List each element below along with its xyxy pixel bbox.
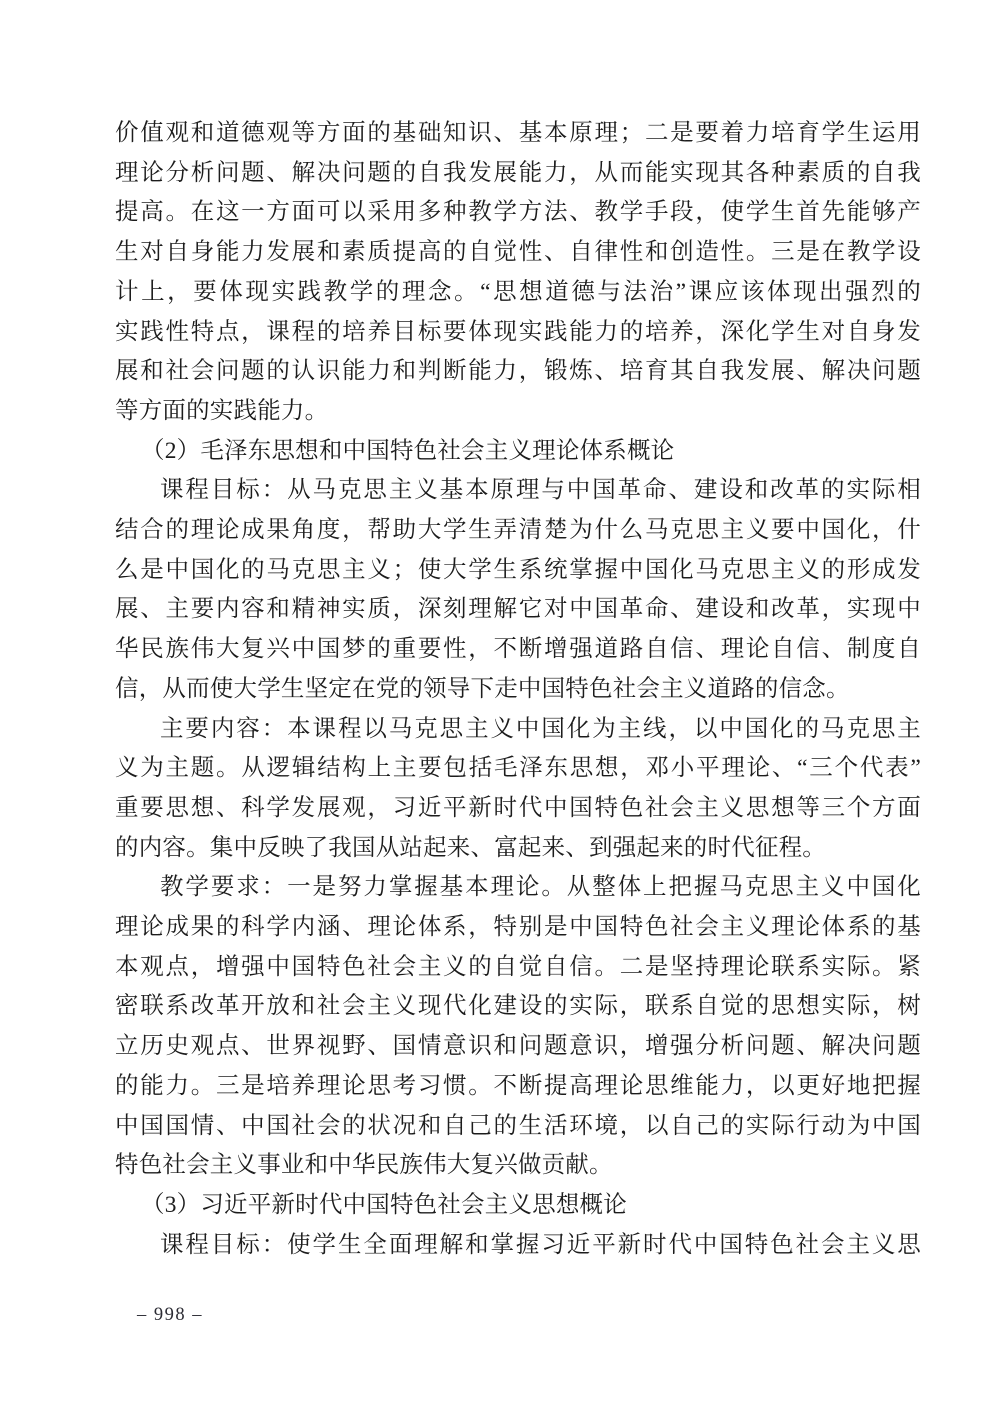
text-line: 立历史观点、世界视野、国情意识和问题意识，增强分析问题、解决问题 xyxy=(115,1027,921,1067)
text-line: 教学要求：一是努力掌握基本理论。从整体上把握马克思主义中国化 xyxy=(115,868,921,908)
text-line: 重要思想、科学发展观，习近平新时代中国特色社会主义思想等三个方面 xyxy=(115,789,921,829)
paragraph: （3）习近平新时代中国特色社会主义思想概论 xyxy=(115,1186,921,1226)
paragraph: 课程目标：使学生全面理解和掌握习近平新时代中国特色社会主义思 xyxy=(115,1226,921,1266)
text-line: 展和社会问题的认识能力和判断能力，锻炼、培育其自我发展、解决问题 xyxy=(115,352,921,392)
text-line: 华民族伟大复兴中国梦的重要性，不断增强道路自信、理论自信、制度自 xyxy=(115,630,921,670)
text-line: 展、主要内容和精神实质，深刻理解它对中国革命、建设和改革，实现中 xyxy=(115,590,921,630)
text-line: 理论成果的科学内涵、理论体系，特别是中国特色社会主义理论体系的基 xyxy=(115,908,921,948)
text-line: 计上，要体现实践教学的理念。“思想道德与法治”课应该体现出强烈的 xyxy=(115,273,921,313)
page-number: – 998 – xyxy=(137,1302,203,1328)
text-line: 提高。在这一方面可以采用多种教学方法、教学手段，使学生首先能够产 xyxy=(115,193,921,233)
paragraph: 课程目标：从马克思主义基本原理与中国革命、建设和改革的实际相结合的理论成果角度，… xyxy=(115,471,921,709)
text-line: 中国国情、中国社会的状况和自己的生活环境，以自己的实际行动为中国 xyxy=(115,1107,921,1147)
paragraph: （2）毛泽东思想和中国特色社会主义理论体系概论 xyxy=(115,432,921,472)
text-line: 特色社会主义事业和中华民族伟大复兴做贡献。 xyxy=(115,1146,921,1186)
text-line: 密联系改革开放和社会主义现代化建设的实际，联系自觉的思想实际，树 xyxy=(115,987,921,1027)
text-line: 课程目标：从马克思主义基本原理与中国革命、建设和改革的实际相 xyxy=(115,471,921,511)
text-line: 主要内容：本课程以马克思主义中国化为主线，以中国化的马克思主 xyxy=(115,710,921,750)
text-line: 本观点，增强中国特色社会主义的自觉自信。二是坚持理论联系实际。紧 xyxy=(115,948,921,988)
text-line: 理论分析问题、解决问题的自我发展能力，从而能实现其各种素质的自我 xyxy=(115,154,921,194)
text-line: 的能力。三是培养理论思考习惯。不断提高理论思维能力，以更好地把握 xyxy=(115,1067,921,1107)
text-line: （3）习近平新时代中国特色社会主义思想概论 xyxy=(115,1186,921,1226)
text-line: 的内容。集中反映了我国从站起来、富起来、到强起来的时代征程。 xyxy=(115,829,921,869)
text-line: （2）毛泽东思想和中国特色社会主义理论体系概论 xyxy=(115,432,921,472)
text-line: 等方面的实践能力。 xyxy=(115,392,921,432)
text-line: 信，从而使大学生坚定在党的领导下走中国特色社会主义道路的信念。 xyxy=(115,670,921,710)
text-line: 结合的理论成果角度，帮助大学生弄清楚为什么马克思主义要中国化，什 xyxy=(115,511,921,551)
paragraph: 主要内容：本课程以马克思主义中国化为主线，以中国化的马克思主义为主题。从逻辑结构… xyxy=(115,710,921,869)
text-line: 义为主题。从逻辑结构上主要包括毛泽东思想，邓小平理论、“三个代表” xyxy=(115,749,921,789)
document-page: 价值观和道德观等方面的基础知识、基本原理；二是要着力培育学生运用理论分析问题、解… xyxy=(0,0,1000,1414)
text-line: 实践性特点，课程的培养目标要体现实践能力的培养，深化学生对自身发 xyxy=(115,313,921,353)
page-body: 价值观和道德观等方面的基础知识、基本原理；二是要着力培育学生运用理论分析问题、解… xyxy=(115,114,921,1265)
text-line: 课程目标：使学生全面理解和掌握习近平新时代中国特色社会主义思 xyxy=(115,1226,921,1266)
paragraph: 教学要求：一是努力掌握基本理论。从整体上把握马克思主义中国化理论成果的科学内涵、… xyxy=(115,868,921,1186)
text-line: 价值观和道德观等方面的基础知识、基本原理；二是要着力培育学生运用 xyxy=(115,114,921,154)
paragraph: 价值观和道德观等方面的基础知识、基本原理；二是要着力培育学生运用理论分析问题、解… xyxy=(115,114,921,432)
text-line: 生对自身能力发展和素质提高的自觉性、自律性和创造性。三是在教学设 xyxy=(115,233,921,273)
text-line: 么是中国化的马克思主义；使大学生系统掌握中国化马克思主义的形成发 xyxy=(115,551,921,591)
